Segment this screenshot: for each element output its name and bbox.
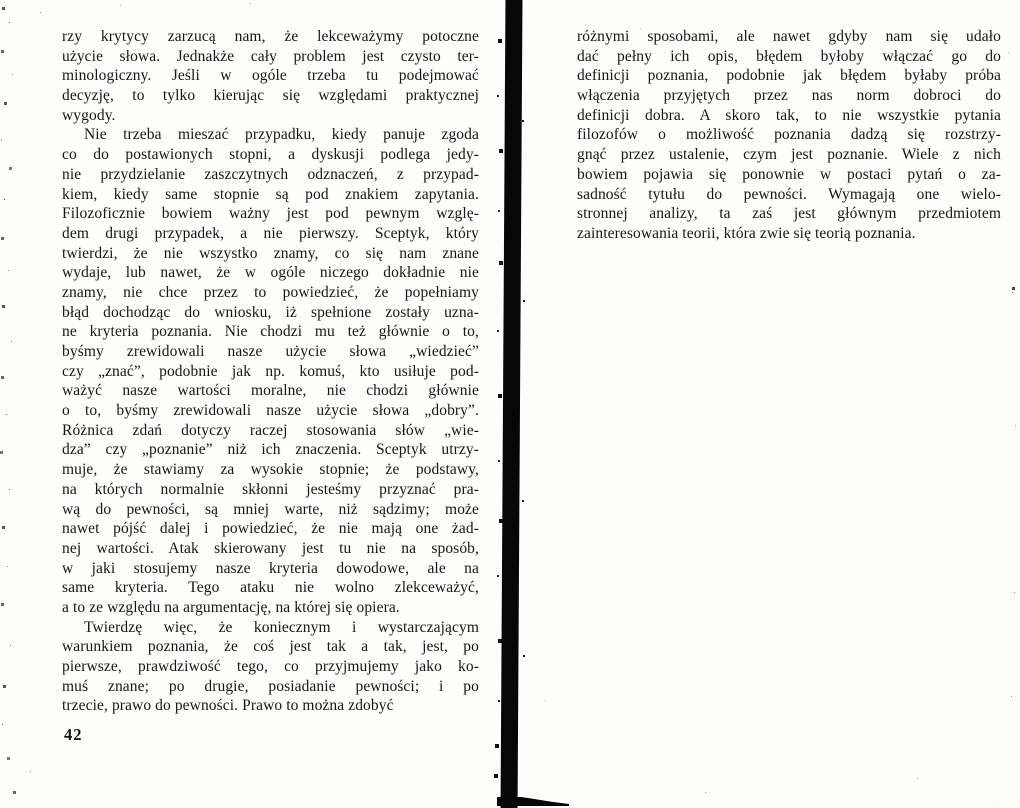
text-line: decyzję, to tylko kierując się względami…: [62, 86, 479, 106]
text-line: dem drugi przypadek, a nie pierwszy. Sce…: [62, 224, 479, 244]
text-line: dać pełny ich opis, błędem byłoby włącza…: [577, 47, 1001, 67]
text-line: definicji poznania, podobnie jak błędem …: [577, 66, 1001, 86]
text-line: znamy, nie chce przez to powiedzieć, że …: [62, 283, 479, 303]
text-line: ważyć nasze wartości moralne, nie chodzi…: [62, 381, 479, 401]
book-scan-spread: rzy krytycy zarzucą nam, że lekceważymy …: [0, 0, 1020, 808]
text-line: sadność tytułu do pewności. Wymagają one…: [577, 185, 1001, 205]
text-line: ne kryteria poznania. Nie chodzi mu też …: [62, 322, 479, 342]
right-page-text: różnymi sposobami, ale nawet gdyby nam s…: [577, 27, 1001, 244]
text-line: błąd dochodząc do wniosku, iż spełnione …: [62, 303, 479, 323]
text-line: czy „znać”, podobnie jak np. komuś, kto …: [62, 362, 479, 382]
text-line: warunkiem poznania, że coś jest tak a ta…: [62, 637, 479, 657]
text-line: twierdzi, że nie wszystko znamy, co się …: [62, 244, 479, 264]
text-line: co do postawionych stopni, a dyskusji po…: [62, 145, 479, 165]
text-line: a to ze względu na argumentację, na któr…: [62, 598, 479, 618]
text-line: same kryteria. Tego ataku nie wolno zlek…: [62, 578, 479, 598]
text-line: bowiem pojawia się ponownie w postaci py…: [577, 165, 1001, 185]
text-line: rzy krytycy zarzucą nam, że lekceważymy …: [62, 27, 479, 47]
scan-noise-right-margin: [0, 0, 1, 1]
text-line: Twierdzę więc, że koniecznym i wystarcza…: [62, 618, 479, 638]
page-number: 42: [64, 725, 83, 745]
text-line: filozofów o możliwość poznania dadzą się…: [577, 125, 1001, 145]
text-line: trzecie, prawo do pewności. Prawo to moż…: [62, 696, 479, 716]
text-line: o to, byśmy zrewidowali nasze użycie sło…: [62, 401, 479, 421]
text-line: Filozoficznie bowiem ważny jest pod pewn…: [62, 204, 479, 224]
text-line: zainteresowania teorii, która zwie się t…: [577, 224, 1001, 244]
text-line: stronnej analizy, ta zaś jest głównym pr…: [577, 204, 1001, 224]
left-page-text: rzy krytycy zarzucą nam, że lekceważymy …: [62, 27, 479, 716]
text-line: na których normalnie skłonni jesteśmy pr…: [62, 480, 479, 500]
text-line: nie przydzielanie zaszczytnych odznaczeń…: [62, 165, 479, 185]
text-line: włączenia przyjętych przez nas norm dobr…: [577, 86, 1001, 106]
text-line: nawet pójść dalej i powiedzieć, że nie m…: [62, 519, 479, 539]
text-line: muś znane; po drugie, posiadanie pewnośc…: [62, 677, 479, 697]
text-line: byśmy zrewidowali nasze użycie słowa „wi…: [62, 342, 479, 362]
text-line: nej wartości. Atak skierowany jest tu ni…: [62, 539, 479, 559]
text-line: wygody.: [62, 106, 479, 126]
text-line: definicji dobra. A skoro tak, to nie wsz…: [577, 106, 1001, 126]
text-line: dza” czy „poznanie” niż ich znaczenia. S…: [62, 440, 479, 460]
book-spine-shadow: [501, 0, 523, 808]
text-line: Różnica zdań dotyczy raczej stosowania s…: [62, 421, 479, 441]
text-line: gnąć przez ustalenie, czym jest poznanie…: [577, 145, 1001, 165]
text-line: wydaje, lub nawet, że w ogóle niczego do…: [62, 263, 479, 283]
text-line: w jaki stosujemy nasze kryteria dowodowe…: [62, 559, 479, 579]
text-line: użycie słowa. Jednakże cały problem jest…: [62, 47, 479, 67]
text-line: minologiczny. Jeśli w ogóle trzeba tu po…: [62, 66, 479, 86]
book-spine-foot: [497, 797, 569, 806]
text-line: muje, że stawiamy za wysokie stopnie; że…: [62, 460, 479, 480]
text-line: różnymi sposobami, ale nawet gdyby nam s…: [577, 27, 1001, 47]
text-line: kiem, kiedy same stopnie są pod znakiem …: [62, 185, 479, 205]
text-line: Nie trzeba mieszać przypadku, kiedy panu…: [62, 125, 479, 145]
text-line: pierwsze, prawdziwość tego, co przyjmuje…: [62, 657, 479, 677]
text-line: wą do pewności, są mniej warte, niż sądz…: [62, 500, 479, 520]
